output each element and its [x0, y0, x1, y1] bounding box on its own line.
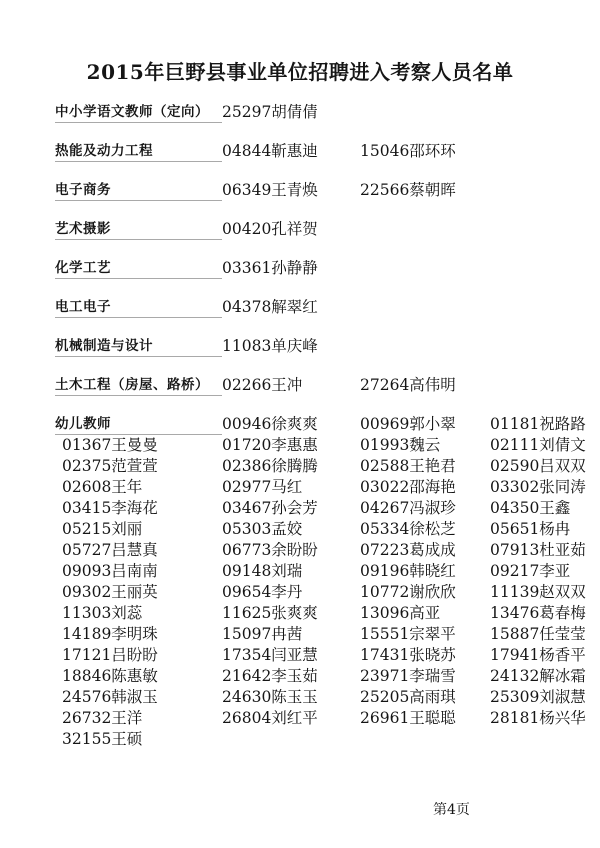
page-number: 第4页	[433, 802, 470, 818]
job-section: 土木工程（房屋、路桥）02266王冲27264高伟明	[55, 375, 590, 396]
candidate-entry: 28181杨兴华	[490, 708, 590, 729]
category-label: 热能及动力工程	[55, 142, 222, 162]
candidate-entry: 21642李玉茹	[222, 666, 360, 687]
section-header-row: 机械制造与设计11083单庆峰	[55, 336, 590, 357]
sections-container: 中小学语文教师（定向）25297胡倩倩热能及动力工程04844靳惠迪15046邵…	[0, 102, 600, 750]
category-label: 化学工艺	[55, 259, 222, 279]
candidate-entry: 02266王冲	[222, 375, 360, 396]
candidate-entry: 14189李明珠	[55, 624, 222, 645]
candidate-entry: 13096高亚	[360, 603, 490, 624]
category-label: 艺术摄影	[55, 220, 222, 240]
job-section: 艺术摄影00420孔祥贺	[55, 219, 590, 240]
category-label: 电子商务	[55, 181, 222, 201]
candidate-entry: 00946徐爽爽	[222, 414, 360, 435]
candidate-entry: 27264高伟明	[360, 375, 490, 396]
candidate-entry: 17431张晓苏	[360, 645, 490, 666]
candidate-entry: 03302张同涛	[490, 477, 590, 498]
candidate-entry: 04844靳惠迪	[222, 141, 360, 162]
candidate-entry: 11083单庆峰	[222, 336, 360, 357]
candidate-row: 09093吕南南09148刘瑞09196韩晓红09217李亚	[55, 561, 590, 582]
candidate-entry: 15551宗翠平	[360, 624, 490, 645]
candidate-entry: 25297胡倩倩	[222, 102, 360, 123]
candidate-row: 09302王丽英09654李丹10772谢欣欣11139赵双双	[55, 582, 590, 603]
candidate-entry: 09196韩晓红	[360, 561, 490, 582]
section-header-row: 幼儿教师00946徐爽爽00969郭小翠01181祝路路	[55, 414, 590, 435]
candidate-entry: 25205高雨琪	[360, 687, 490, 708]
section-header-row: 中小学语文教师（定向）25297胡倩倩	[55, 102, 590, 123]
candidate-row: 32155王硕	[55, 729, 590, 750]
candidate-row: 24576韩淑玉24630陈玉玉25205高雨琪25309刘淑慧	[55, 687, 590, 708]
job-section: 热能及动力工程04844靳惠迪15046邵环环	[55, 141, 590, 162]
section-header-row: 热能及动力工程04844靳惠迪15046邵环环	[55, 141, 590, 162]
job-section: 电子商务06349王青焕22566蔡朝晖	[55, 180, 590, 201]
candidate-entry: 05727吕慧真	[55, 540, 222, 561]
category-label: 幼儿教师	[55, 415, 222, 435]
candidate-entry: 03415李海花	[55, 498, 222, 519]
candidate-entry: 09654李丹	[222, 582, 360, 603]
candidate-entry: 26804刘红平	[222, 708, 360, 729]
candidate-entry: 15887任莹莹	[490, 624, 590, 645]
candidate-row: 14189李明珠15097冉茜15551宗翠平15887任莹莹	[55, 624, 590, 645]
candidate-entry: 07223葛成成	[360, 540, 490, 561]
candidate-entry: 02608王年	[55, 477, 222, 498]
candidate-entry: 03467孙会芳	[222, 498, 360, 519]
candidate-entry: 01720李惠惠	[222, 435, 360, 456]
category-label: 电工电子	[55, 298, 222, 318]
candidate-entry: 02386徐腾腾	[222, 456, 360, 477]
candidate-entry: 00420孔祥贺	[222, 219, 360, 240]
candidate-entry: 26961王聪聪	[360, 708, 490, 729]
candidate-entry: 11139赵双双	[490, 582, 590, 603]
candidate-entry: 01181祝路路	[490, 414, 590, 435]
candidate-entry: 09302王丽英	[55, 582, 222, 603]
candidate-entry: 25309刘淑慧	[490, 687, 590, 708]
candidate-entry: 17121吕盼盼	[55, 645, 222, 666]
candidate-entry: 09217李亚	[490, 561, 590, 582]
candidate-entry: 10772谢欣欣	[360, 582, 490, 603]
candidate-row: 03415李海花03467孙会芳04267冯淑珍04350王鑫	[55, 498, 590, 519]
candidate-entry: 05303孟姣	[222, 519, 360, 540]
candidate-entry: 24132解冰霜	[490, 666, 590, 687]
document-page: 2015年巨野县事业单位招聘进入考察人员名单 中小学语文教师（定向）25297胡…	[0, 0, 600, 848]
category-label: 中小学语文教师（定向）	[55, 103, 222, 123]
page-footer: 第4页	[433, 799, 470, 819]
candidate-entry: 09093吕南南	[55, 561, 222, 582]
candidate-entry: 15097冉茜	[222, 624, 360, 645]
section-header-row: 电工电子04378解翠红	[55, 297, 590, 318]
candidate-entry: 04350王鑫	[490, 498, 590, 519]
candidate-entry: 03361孙静静	[222, 258, 360, 279]
job-section: 化学工艺03361孙静静	[55, 258, 590, 279]
candidate-entry: 11303刘蕊	[55, 603, 222, 624]
candidate-entry: 23971李瑞雪	[360, 666, 490, 687]
candidate-entry: 02111刘倩文	[490, 435, 590, 456]
candidate-entry: 01367王曼曼	[55, 435, 222, 456]
category-label: 土木工程（房屋、路桥）	[55, 376, 222, 396]
candidate-entry: 24576韩淑玉	[55, 687, 222, 708]
candidate-row: 05215刘丽05303孟姣05334徐松芝05651杨冉	[55, 519, 590, 540]
candidate-entry: 01993魏云	[360, 435, 490, 456]
candidate-entry: 17941杨香平	[490, 645, 590, 666]
candidate-row: 18846陈惠敏21642李玉茹23971李瑞雪24132解冰霜	[55, 666, 590, 687]
candidate-row: 02608王年02977马红03022邵海艳03302张同涛	[55, 477, 590, 498]
candidate-entry: 02977马红	[222, 477, 360, 498]
job-section: 中小学语文教师（定向）25297胡倩倩	[55, 102, 590, 123]
job-section: 电工电子04378解翠红	[55, 297, 590, 318]
candidate-entry: 11625张爽爽	[222, 603, 360, 624]
candidate-entry: 04378解翠红	[222, 297, 360, 318]
candidate-entry: 24630陈玉玉	[222, 687, 360, 708]
candidate-entry: 17354闫亚慧	[222, 645, 360, 666]
candidate-row: 17121吕盼盼17354闫亚慧17431张晓苏17941杨香平	[55, 645, 590, 666]
section-header-row: 土木工程（房屋、路桥）02266王冲27264高伟明	[55, 375, 590, 396]
candidate-entry: 06773余盼盼	[222, 540, 360, 561]
job-section: 幼儿教师00946徐爽爽00969郭小翠01181祝路路01367王曼曼0172…	[55, 414, 590, 750]
candidate-entry: 22566蔡朝晖	[360, 180, 490, 201]
candidate-row: 05727吕慧真06773余盼盼07223葛成成07913杜亚茹	[55, 540, 590, 561]
candidate-row: 26732王洋26804刘红平26961王聪聪28181杨兴华	[55, 708, 590, 729]
candidate-entry: 00969郭小翠	[360, 414, 490, 435]
candidate-entry: 05215刘丽	[55, 519, 222, 540]
candidate-row: 01367王曼曼01720李惠惠01993魏云02111刘倩文	[55, 435, 590, 456]
candidate-entry: 09148刘瑞	[222, 561, 360, 582]
job-section: 机械制造与设计11083单庆峰	[55, 336, 590, 357]
candidate-entry: 13476葛春梅	[490, 603, 590, 624]
candidate-entry: 07913杜亚茹	[490, 540, 590, 561]
candidate-entry: 03022邵海艳	[360, 477, 490, 498]
page-title: 2015年巨野县事业单位招聘进入考察人员名单	[0, 0, 600, 86]
candidate-entry: 32155王硕	[55, 729, 222, 750]
candidate-entry: 04267冯淑珍	[360, 498, 490, 519]
candidate-entry: 18846陈惠敏	[55, 666, 222, 687]
candidate-row: 02375范萱萱02386徐腾腾02588王艳君02590吕双双	[55, 456, 590, 477]
section-header-row: 电子商务06349王青焕22566蔡朝晖	[55, 180, 590, 201]
candidate-entry: 05334徐松芝	[360, 519, 490, 540]
category-label: 机械制造与设计	[55, 337, 222, 357]
candidate-entry: 06349王青焕	[222, 180, 360, 201]
candidate-entry: 02588王艳君	[360, 456, 490, 477]
candidate-entry: 02375范萱萱	[55, 456, 222, 477]
candidate-row: 11303刘蕊11625张爽爽13096高亚13476葛春梅	[55, 603, 590, 624]
section-header-row: 化学工艺03361孙静静	[55, 258, 590, 279]
candidate-entry: 15046邵环环	[360, 141, 490, 162]
candidate-entry: 26732王洋	[55, 708, 222, 729]
candidate-entry: 05651杨冉	[490, 519, 590, 540]
candidate-entry: 02590吕双双	[490, 456, 590, 477]
section-header-row: 艺术摄影00420孔祥贺	[55, 219, 590, 240]
